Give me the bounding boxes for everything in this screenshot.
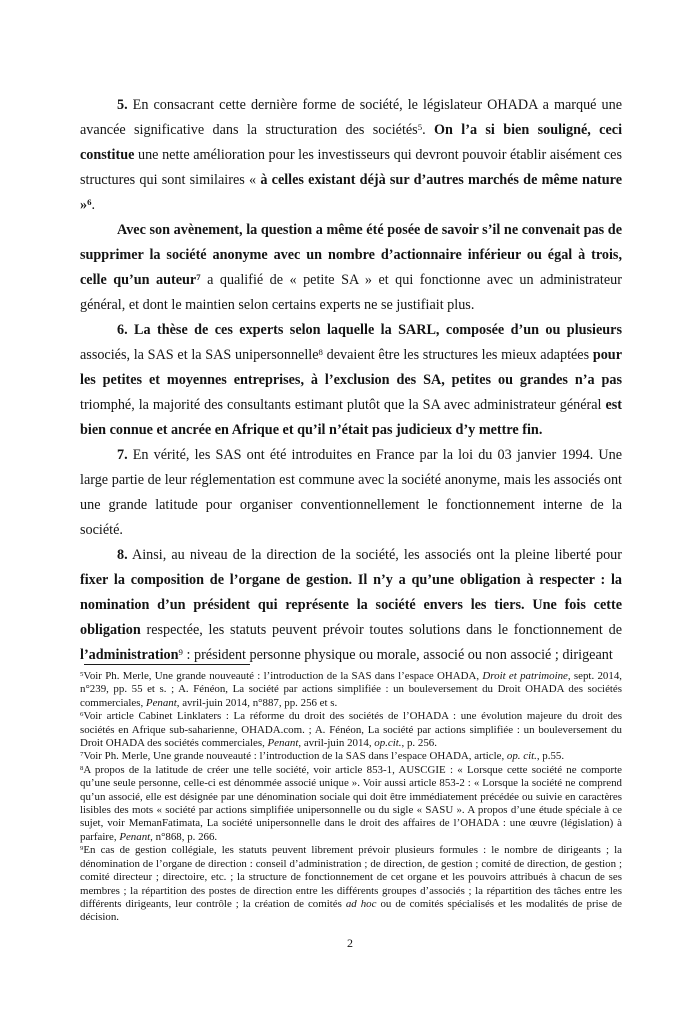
footnote-ref: 5 [80,671,83,678]
footnotes-list: 5Voir Ph. Merle, Une grande nouveauté : … [80,670,622,925]
text-run: respectée, les statuts peuvent prévoir t… [141,622,622,638]
footnote-ref: 9 [179,647,183,657]
text-run: Penant [146,697,177,709]
text-run: op.cit. [374,737,401,749]
text-run: Penant [268,737,299,749]
text-run: 5. [117,97,128,113]
footnote-ref: 6 [87,197,91,207]
text-run: associés, la SAS et la SAS unipersonnell… [80,347,319,363]
text-run: ad hoc [346,898,377,910]
footnote: 7Voir Ph. Merle, Une grande nouveauté : … [80,750,622,763]
body-paragraph: 6. La thèse de ces experts selon laquell… [80,318,622,443]
footnote-ref: 5 [418,122,422,132]
text-run: 6. La thèse de ces experts selon laquell… [117,322,622,338]
text-run: , avril-juin 2014, [298,737,374,749]
body-paragraph: 7. En vérité, les SAS ont été introduite… [80,443,622,543]
text-run: 7. [117,447,128,463]
text-run: devaient être les structures les mieux a… [323,347,593,363]
text-run: Voir Ph. Merle, Une grande nouveauté : l… [83,750,507,762]
footnote-ref: 8 [80,765,83,772]
footnote-ref: 9 [80,845,83,852]
text-run: , avril-juin 2014, n°887, pp. 256 et s. [177,697,337,709]
footnote: 9En cas de gestion collégiale, les statu… [80,844,622,924]
page-number: 2 [0,936,700,951]
footnote: 5Voir Ph. Merle, Une grande nouveauté : … [80,670,622,710]
text-run: l’administration [80,647,179,663]
text-run: . [422,122,434,138]
text-run: triomphé, la majorité des consultants es… [80,397,605,413]
text-run: Voir Ph. Merle, Une grande nouveauté : l… [83,670,482,682]
footnote-ref: 8 [319,347,323,357]
text-run: , n°868, p. 266. [150,831,217,843]
text-run: Droit et patrimoine [482,670,567,682]
footnotes-section: 5Voir Ph. Merle, Une grande nouveauté : … [80,664,622,925]
text-run: , p. 256. [402,737,437,749]
footnote-ref: 7 [196,272,200,282]
document-body: 5. En consacrant cette dernière forme de… [80,93,622,668]
footnote: 6Voir article Cabinet Linklaters : La ré… [80,710,622,750]
body-paragraph: 5. En consacrant cette dernière forme de… [80,93,622,218]
footnote-ref: 6 [80,711,83,718]
body-paragraph: Avec son avènement, la question a même é… [80,218,622,318]
footnote-ref: 7 [80,751,83,758]
text-run: En vérité, les SAS ont été introduites e… [80,447,622,538]
text-run: Ainsi, au niveau de la direction de la s… [128,547,622,563]
text-run: : président personne physique ou morale,… [183,647,613,663]
body-paragraph: 8. Ainsi, au niveau de la direction de l… [80,543,622,668]
text-run: Penant [119,831,150,843]
text-run: . [92,197,96,213]
text-run: , p.55. [537,750,564,762]
text-run: op. cit. [507,750,537,762]
document-page: 5. En consacrant cette dernière forme de… [0,0,700,1028]
text-run: 8. [117,547,128,563]
footnote-separator [84,664,250,665]
footnote: 8A propos de la latitude de créer une te… [80,764,622,844]
